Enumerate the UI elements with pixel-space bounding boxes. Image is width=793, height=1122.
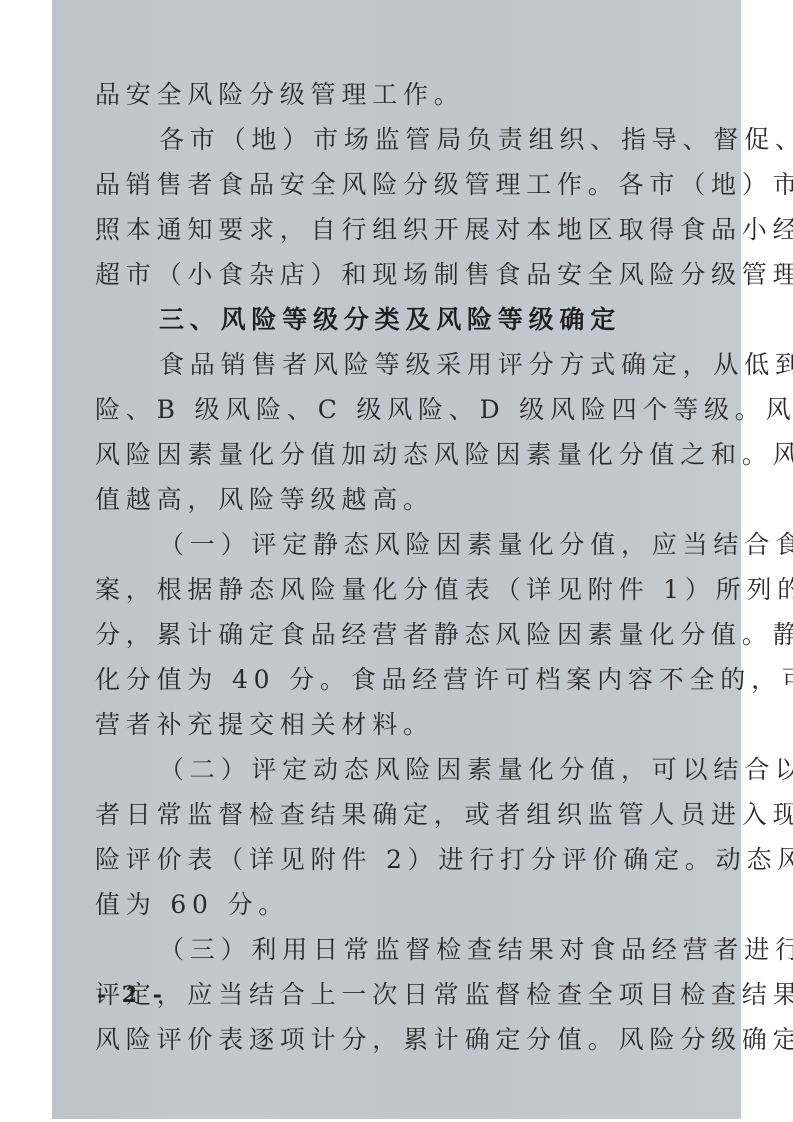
text-line: 值为 60 分。 (95, 882, 745, 927)
text-line: 险评价表（详见附件 2）进行打分评价确定。动态风险因素量化分 (95, 837, 745, 882)
section-heading-risk-levels: 三、风险等级分类及风险等级确定 (95, 297, 745, 342)
text-line: 者日常监督检查结果确定，或者组织监管人员进入现场按照动态风 (95, 792, 745, 837)
text-line: 分，累计确定食品经营者静态风险因素量化分值。静态风险因素量 (95, 612, 745, 657)
text-line: 值越高，风险等级越高。 (95, 477, 745, 522)
page-number: - 2 - (97, 982, 166, 1008)
text-line: 营者补充提交相关材料。 (95, 702, 745, 747)
paragraph-static-risk: （一）评定静态风险因素量化分值，应当结合食品经营许可档 (95, 522, 745, 567)
text-line: 评定，应当结合上一次日常监督检查全项目检查结果，并根据动态 (95, 972, 745, 1017)
paragraph-municipal-duties: 各市（地）市场监管局负责组织、指导、督促、检查本地区食 (95, 117, 745, 162)
document-body: 品安全风险分级管理工作。 各市（地）市场监管局负责组织、指导、督促、检查本地区食… (95, 72, 745, 1062)
text-line: 化分值为 40 分。食品经营许可档案内容不全的，可以要求食品经 (95, 657, 745, 702)
text-line: 品安全风险分级管理工作。 (95, 72, 745, 117)
text-line: 超市（小食杂店）和现场制售食品安全风险分级管理工作。 (95, 252, 745, 297)
paragraph-dynamic-risk: （二）评定动态风险因素量化分值，可以结合以往对食品经营 (95, 747, 745, 792)
text-line: 照本通知要求，自行组织开展对本地区取得食品小经营核准证的小 (95, 207, 745, 252)
text-line: 风险因素量化分值加动态风险因素量化分值之和。风险等级得分分 (95, 432, 745, 477)
document-page: 品安全风险分级管理工作。 各市（地）市场监管局负责组织、指导、督促、检查本地区食… (52, 0, 741, 1119)
text-line: 品销售者食品安全风险分级管理工作。各市（地）市场监管局可参 (95, 162, 745, 207)
text-line: 案，根据静态风险量化分值表（详见附件 1）所列的项目，逐项计 (95, 567, 745, 612)
text-line: 风险评价表逐项计分，累计确定分值。风险分级确定后，形成食品 (95, 1017, 745, 1062)
paragraph-risk-scoring: 食品销售者风险等级采用评分方式确定，从低到高分为 A 级风 (95, 342, 745, 387)
text-line: 险、B 级风险、C 级风险、D 级风险四个等级。风险等级得分为静态 (95, 387, 745, 432)
paragraph-routine-inspection: （三）利用日常监督检查结果对食品经营者进行动态风险分值 (95, 927, 745, 972)
